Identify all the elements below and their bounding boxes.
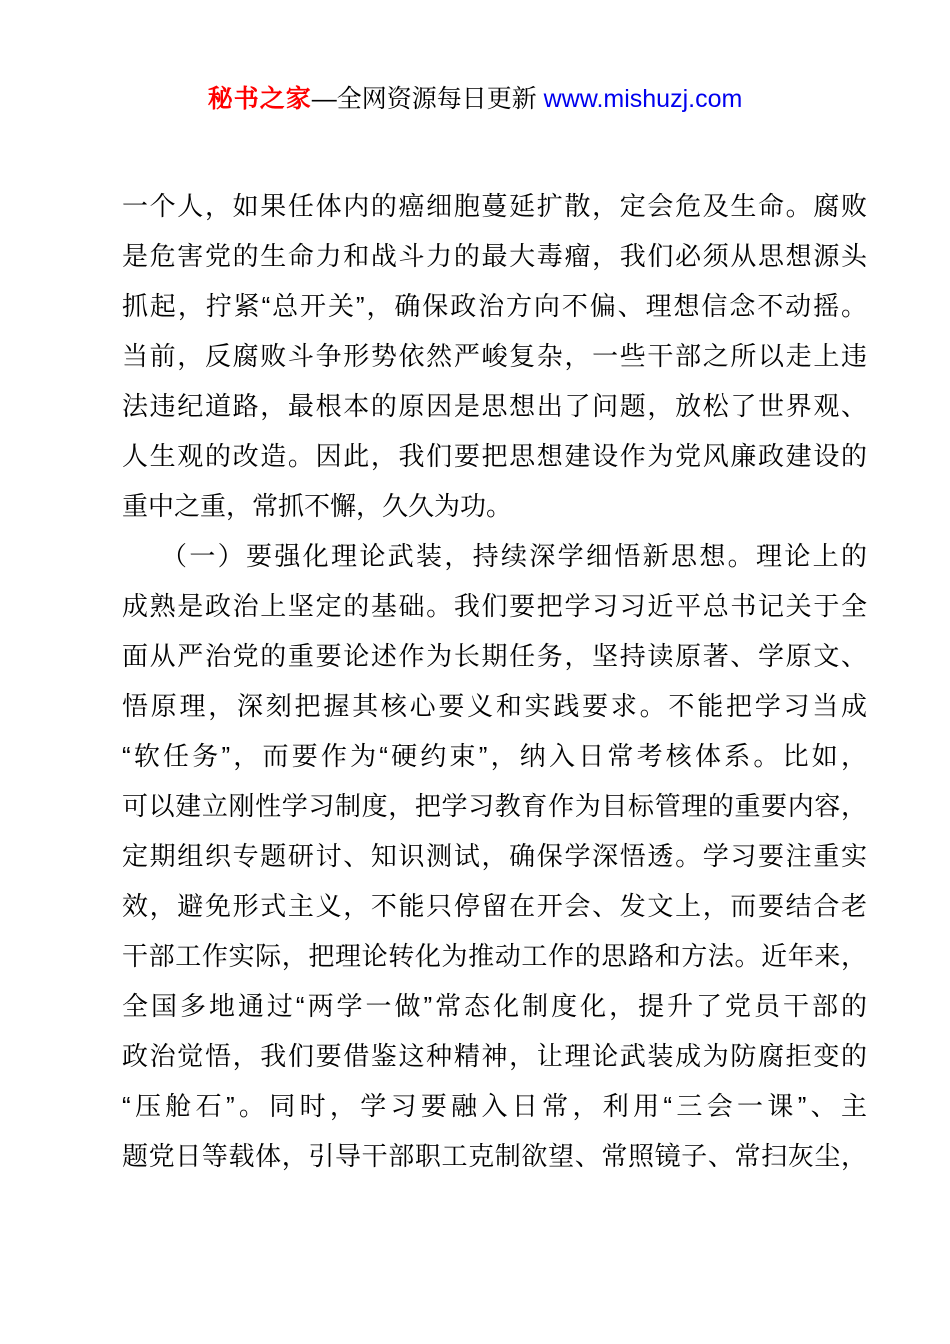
paragraph: 一个人，如果任体内的癌细胞蔓延扩散，定会危及生命。腐败是危害党的生命力和战斗力的… [122, 181, 867, 531]
text-line: 政治觉悟，我们要借鉴这种精神，让理论武装成为防腐拒变的 [122, 1031, 867, 1081]
text-line: 干部工作实际，把理论转化为推动工作的思路和方法。近年来， [122, 931, 867, 981]
site-brand: 秘书之家 [208, 85, 312, 113]
text-line: 面从严治党的重要论述作为长期任务，坚持读原著、学原文、 [122, 631, 867, 681]
text-line: 成熟是政治上坚定的基础。我们要把学习习近平总书记关于全 [122, 581, 867, 631]
text-line: 法违纪道路，最根本的原因是思想出了问题，放松了世界观、 [122, 381, 867, 431]
text-line: 当前，反腐败斗争形势依然严峻复杂，一些干部之所以走上违 [122, 331, 867, 381]
text-line: 全国多地通过“两学一做”常态化制度化，提升了党员干部的 [122, 981, 867, 1031]
text-line: “软任务”，而要作为“硬约束”，纳入日常考核体系。比如， [122, 731, 867, 781]
text-line: 效，避免形式主义，不能只停留在开会、发文上，而要结合老 [122, 881, 867, 931]
site-url-link[interactable]: www.mishuzj.com [544, 85, 743, 113]
document-body: 一个人，如果任体内的癌细胞蔓延扩散，定会危及生命。腐败是危害党的生命力和战斗力的… [122, 181, 867, 1181]
page-header: 秘书之家—全网资源每日更新 www.mishuzj.com [0, 82, 950, 116]
paragraph: （一）要强化理论武装，持续深学细悟新思想。理论上的成熟是政治上坚定的基础。我们要… [122, 531, 867, 1181]
text-line: 可以建立刚性学习制度，把学习教育作为目标管理的重要内容， [122, 781, 867, 831]
text-line: 悟原理，深刻把握其核心要义和实践要求。不能把学习当成 [122, 681, 867, 731]
text-line: 定期组织专题研讨、知识测试，确保学深悟透。学习要注重实 [122, 831, 867, 881]
header-tagline: —全网资源每日更新 [312, 85, 544, 113]
text-line: 抓起，拧紧“总开关”，确保政治方向不偏、理想信念不动摇。 [122, 281, 867, 331]
text-line: 一个人，如果任体内的癌细胞蔓延扩散，定会危及生命。腐败 [122, 181, 867, 231]
text-line: 题党日等载体，引导干部职工克制欲望、常照镜子、常扫灰尘， [122, 1131, 867, 1181]
text-line: 人生观的改造。因此，我们要把思想建设作为党风廉政建设的 [122, 431, 867, 481]
text-line: 重中之重，常抓不懈，久久为功。 [122, 481, 867, 531]
text-line: “压舱石”。同时，学习要融入日常，利用“三会一课”、主 [122, 1081, 867, 1131]
text-line: 是危害党的生命力和战斗力的最大毒瘤，我们必须从思想源头 [122, 231, 867, 281]
document-page: 秘书之家—全网资源每日更新 www.mishuzj.com 一个人，如果任体内的… [0, 0, 950, 1344]
text-line: （一）要强化理论武装，持续深学细悟新思想。理论上的 [122, 531, 867, 581]
